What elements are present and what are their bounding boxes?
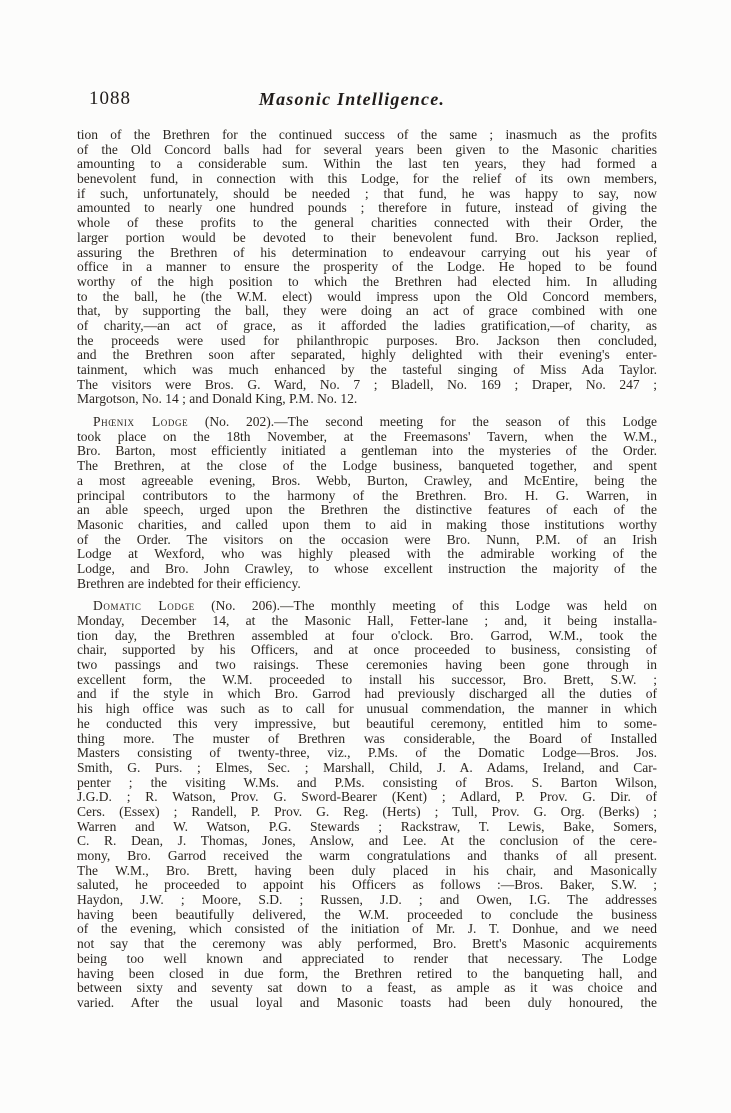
text-line: tion of the Brethren for the continued s…	[77, 128, 657, 143]
text-line: Warren and W. Watson, P.G. Stewards ; Ra…	[77, 820, 657, 835]
text-line: Cers. (Essex) ; Randell, P. Prov. G. Reg…	[77, 805, 657, 820]
text-line: to the ball, he (the W.M. elect) would i…	[77, 290, 657, 305]
text-line: of the Old Concord balls had for several…	[77, 143, 657, 158]
paragraph: Phœnix Lodge (No. 202).—The second meeti…	[77, 415, 657, 591]
text-line: varied. After the usual loyal and Masoni…	[77, 996, 657, 1011]
text-line: thing more. The muster of Brethren was c…	[77, 732, 657, 747]
text-line: office in a manner to ensure the prosper…	[77, 260, 657, 275]
text-line: larger portion would be devoted to their…	[77, 231, 657, 246]
text-line: mony, Bro. Garrod received the warm cong…	[77, 849, 657, 864]
paragraph: tion of the Brethren for the continued s…	[77, 128, 657, 407]
text-line: of the evening, which consisted of the i…	[77, 922, 657, 937]
text-line: benevolent fund, in connection with this…	[77, 172, 657, 187]
page-header: 1088 Masonic Intelligence.	[77, 88, 657, 112]
text-line: chair, supported by his Officers, and at…	[77, 643, 657, 658]
text-line: Monday, December 14, at the Masonic Hall…	[77, 614, 657, 629]
running-title: Masonic Intelligence.	[77, 89, 627, 110]
text-line: worthy of the high position to which the…	[77, 275, 657, 290]
text-line: that, by supporting the ball, they were …	[77, 304, 657, 319]
text-line: whole of these profits to the general ch…	[77, 216, 657, 231]
text-line: C. R. Dean, J. Thomas, Jones, Anslow, an…	[77, 834, 657, 849]
text-line: took place on the 18th November, at the …	[77, 430, 657, 445]
text-line: of charity,—an act of grace, as it affor…	[77, 319, 657, 334]
text-line: and the Brethren soon after separated, h…	[77, 348, 657, 363]
text-line: Lodge, and Bro. John Crawley, to whose e…	[77, 562, 657, 577]
text-line: and if the style in which Bro. Garrod ha…	[77, 687, 657, 702]
text-line: the proceeds were used for philanthropic…	[77, 334, 657, 349]
text-line: Bro. Barton, most efficiently initiated …	[77, 444, 657, 459]
text-line: The W.M., Bro. Brett, having been duly p…	[77, 864, 657, 879]
text-line: Smith, G. Purs. ; Elmes, Sec. ; Marshall…	[77, 761, 657, 776]
text-line: assuring the Brethren of his determinati…	[77, 246, 657, 261]
text-line: J.G.D. ; R. Watson, Prov. G. Sword-Beare…	[77, 790, 657, 805]
text-line: two passings and two raisings. These cer…	[77, 658, 657, 673]
text-line: excellent form, the W.M. proceeded to in…	[77, 673, 657, 688]
text-line: principal contributors to the harmony of…	[77, 489, 657, 504]
text-line: saluted, he proceeded to appoint his Off…	[77, 878, 657, 893]
text-line: Haydon, J.W. ; Moore, S.D. ; Russen, J.D…	[77, 893, 657, 908]
text-line: Phœnix Lodge (No. 202).—The second meeti…	[77, 415, 657, 430]
text-line: between sixty and seventy sat down to a …	[77, 981, 657, 996]
text-line: amounting to a considerable sum. Within …	[77, 157, 657, 172]
text-line: having been closed in due form, the Bret…	[77, 967, 657, 982]
paragraph: Domatic Lodge (No. 206).—The monthly mee…	[77, 599, 657, 1010]
text-line: of the Order. The visitors on the occasi…	[77, 533, 657, 548]
text-line: Masonic charities, and called upon them …	[77, 518, 657, 533]
lodge-name: Domatic Lodge	[93, 599, 195, 613]
text-line: Margotson, No. 14 ; and Donald King, P.M…	[77, 392, 657, 407]
text-line: an able speech, urged upon the Brethren …	[77, 503, 657, 518]
text-line: penter ; the visiting W.Ms. and P.Ms. co…	[77, 776, 657, 791]
scanned-page: 1088 Masonic Intelligence. tion of the B…	[0, 0, 731, 1113]
text-line: tion day, the Brethren assembled at four…	[77, 629, 657, 644]
text-line: tainment, which was much enhanced by the…	[77, 363, 657, 378]
lodge-name: Phœnix Lodge	[93, 415, 188, 429]
text-line: a most agreeable evening, Bros. Webb, Bu…	[77, 474, 657, 489]
text-line: having been beautifully delivered, the W…	[77, 908, 657, 923]
text-line: Brethren are indebted for their efficien…	[77, 577, 657, 592]
text-line: The Brethren, at the close of the Lodge …	[77, 459, 657, 474]
text-line: being too well known and appreciated to …	[77, 952, 657, 967]
text-line: Domatic Lodge (No. 206).—The monthly mee…	[77, 599, 657, 614]
text-line: his high office was such as to call for …	[77, 702, 657, 717]
text-line: The visitors were Bros. G. Ward, No. 7 ;…	[77, 378, 657, 393]
text-line: he conducted this very impressive, but b…	[77, 717, 657, 732]
text-line: amounted to nearly one hundred pounds ; …	[77, 201, 657, 216]
text-line: Masters consisting of twenty-three, viz.…	[77, 746, 657, 761]
text-line: Lodge at Wexford, who was highly pleased…	[77, 547, 657, 562]
text-line: not say that the ceremony was ably perfo…	[77, 937, 657, 952]
text-block: tion of the Brethren for the continued s…	[77, 128, 657, 1011]
text-line: if such, unfortunately, should be needed…	[77, 187, 657, 202]
